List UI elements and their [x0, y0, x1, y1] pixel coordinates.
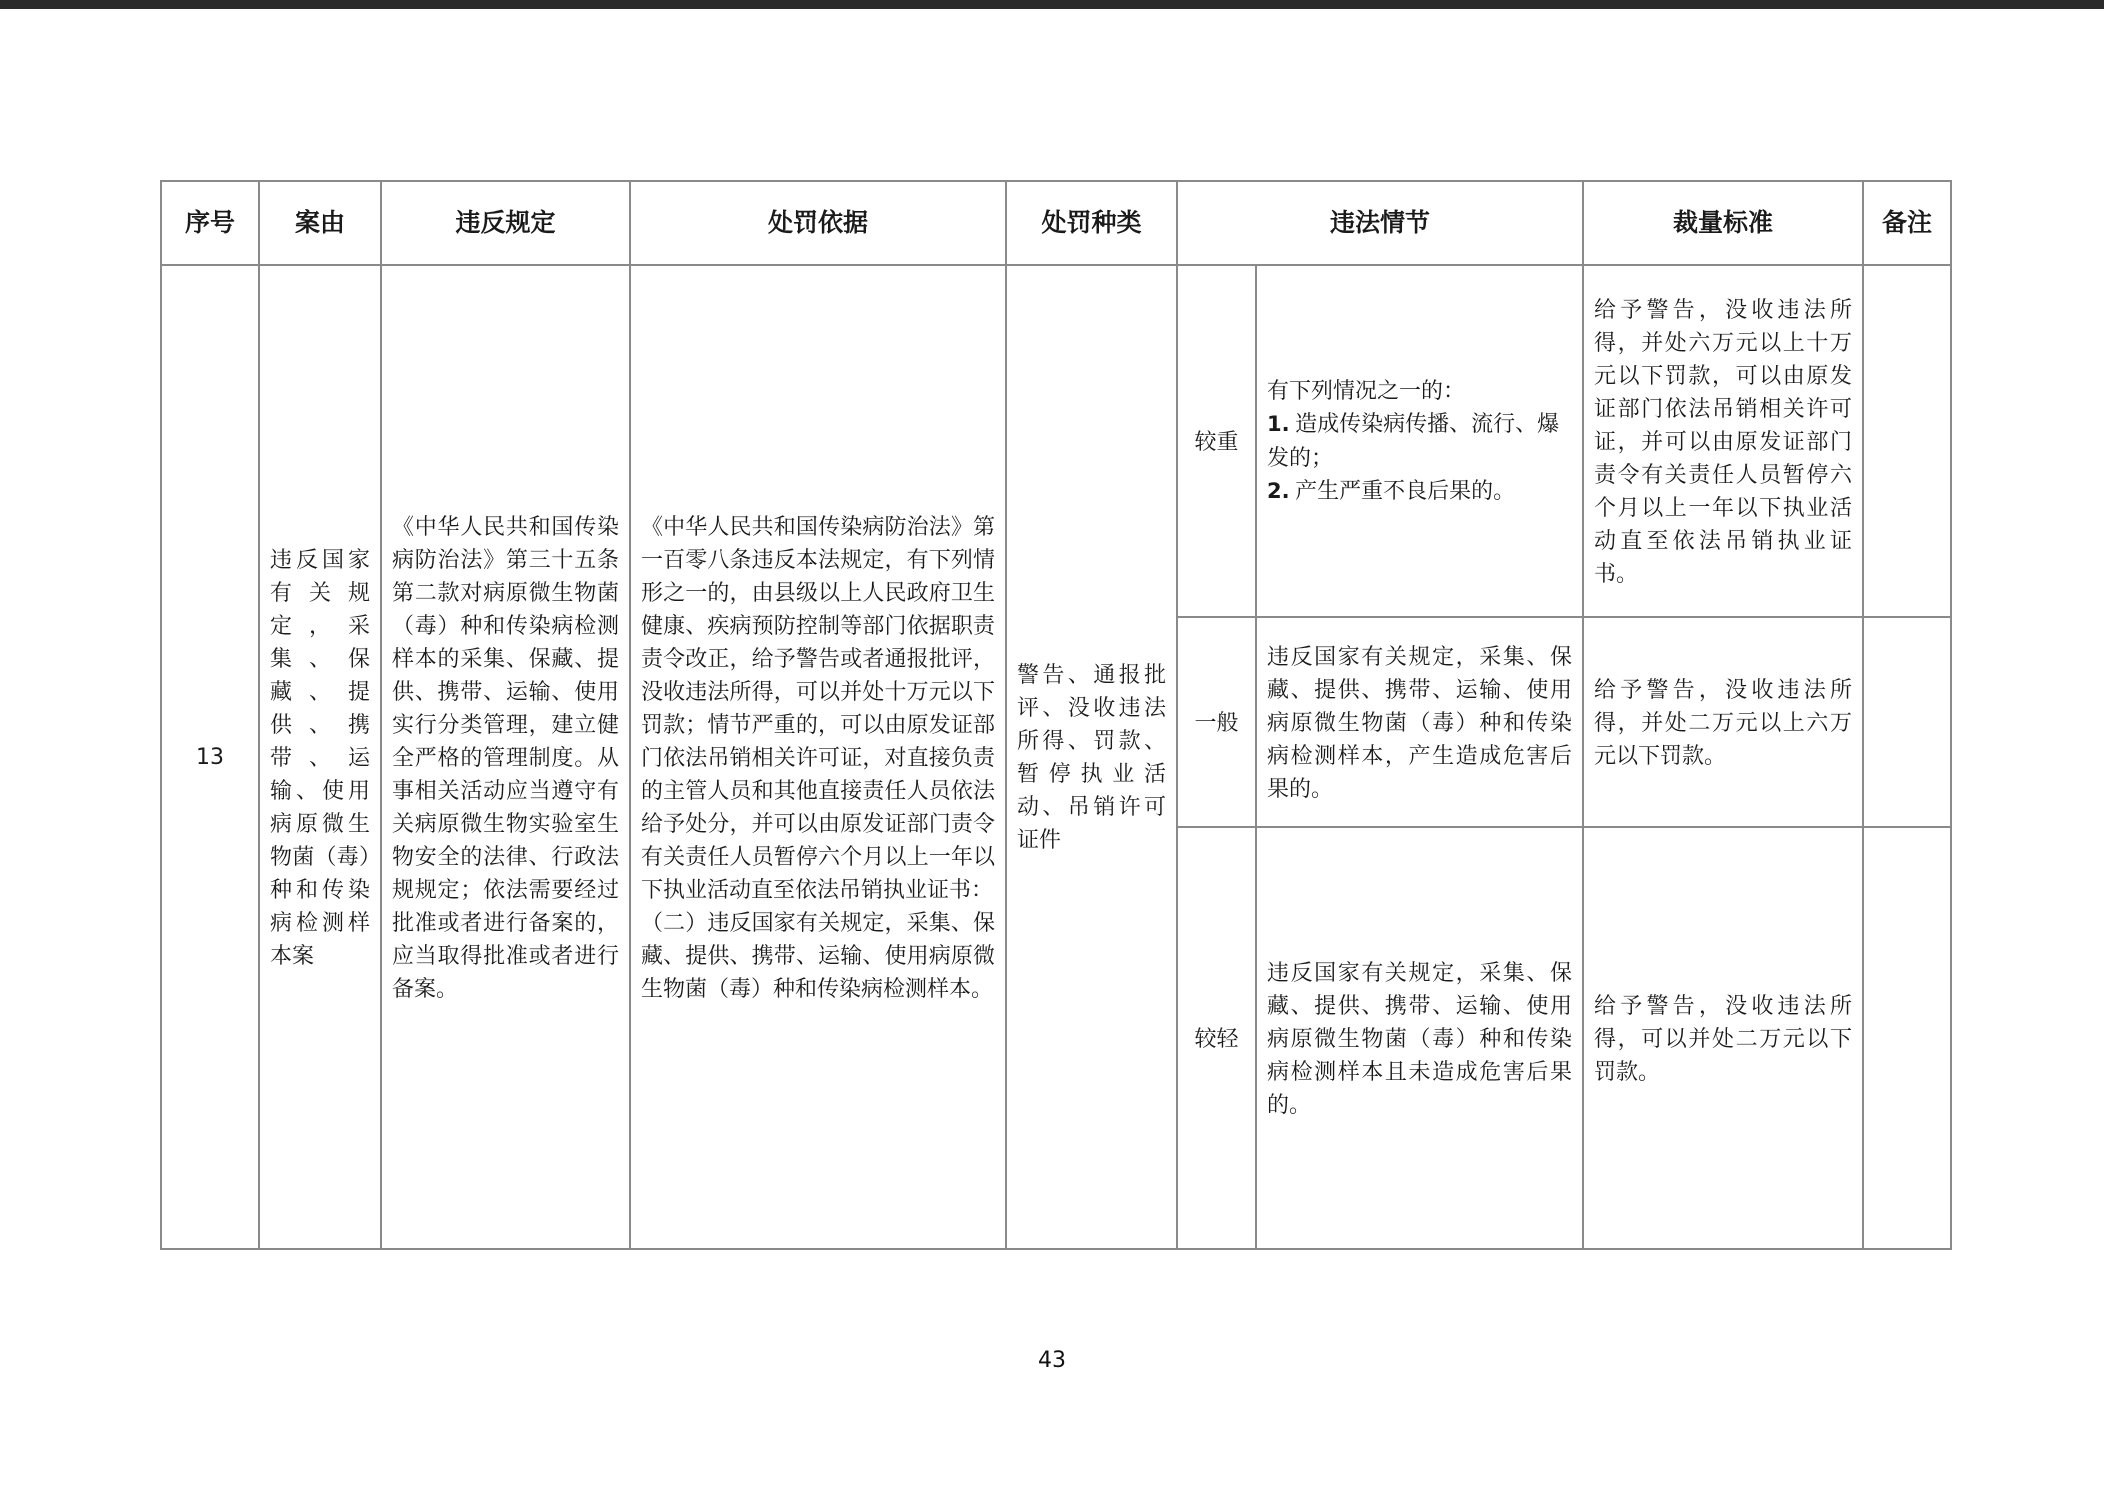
penalty-type-cell: 警告、通报批评、没收违法所得、罚款、暂停执业活动、吊销许可证件 [1006, 265, 1177, 1249]
serial-number-cell: 13 [161, 265, 259, 1249]
item-text: 产生严重不良后果的。 [1295, 478, 1515, 503]
document-page: { "page": { "number": "43" }, "table": {… [0, 0, 2104, 1488]
discretion-standard-cell: 给予警告，没收违法所得，并处二万元以上六万元以下罚款。 [1583, 617, 1863, 827]
penalty-basis-cell: 《中华人民共和国传染病防治法》第一百零八条违反本法规定，有下列情形之一的，由县级… [630, 265, 1006, 1249]
header-violated-regulation: 违反规定 [381, 181, 630, 265]
header-penalty-basis: 处罚依据 [630, 181, 1006, 265]
circumstance-cell: 违反国家有关规定，采集、保藏、提供、携带、运输、使用病原微生物菌（毒）种和传染病… [1256, 827, 1583, 1249]
item-number: 1. [1267, 412, 1290, 436]
violated-regulation-cell: 《中华人民共和国传染病防治法》第三十五条第二款对病原微生物菌（毒）种和传染病检测… [381, 265, 630, 1249]
window-top-edge [0, 0, 2104, 9]
circumstance-item-1: 1. 造成传染病传播、流行、爆发的； [1267, 407, 1572, 474]
case-cause-cell: 违反国家有关规定，采集、保藏、提供、携带、运输、使用病原微生物菌（毒）种和传染病… [259, 265, 381, 1249]
header-serial-number: 序号 [161, 181, 259, 265]
discretion-standard-cell: 给予警告，没收违法所得，并处六万元以上十万元以下罚款，可以由原发证部门依法吊销相… [1583, 265, 1863, 617]
penalty-discretion-table: 序号 案由 违反规定 处罚依据 处罚种类 违法情节 裁量标准 备注 13 违反国… [160, 180, 1952, 1250]
penalty-basis-paragraph-2: （二）违反国家有关规定，采集、保藏、提供、携带、运输、使用病原微生物菌（毒）种和… [641, 906, 995, 1005]
header-discretion-standard: 裁量标准 [1583, 181, 1863, 265]
header-case-cause: 案由 [259, 181, 381, 265]
circumstance-intro: 有下列情况之一的： [1267, 374, 1572, 407]
severity-label-cell: 一般 [1177, 617, 1256, 827]
remark-cell [1863, 827, 1951, 1249]
circumstance-cell: 有下列情况之一的： 1. 造成传染病传播、流行、爆发的； 2. 产生严重不良后果… [1256, 265, 1583, 617]
table-header-row: 序号 案由 违反规定 处罚依据 处罚种类 违法情节 裁量标准 备注 [161, 181, 1951, 265]
penalty-basis-paragraph-1: 《中华人民共和国传染病防治法》第一百零八条违反本法规定，有下列情形之一的，由县级… [641, 510, 995, 906]
severity-row-heavier: 13 违反国家有关规定，采集、保藏、提供、携带、运输、使用病原微生物菌（毒）种和… [161, 265, 1951, 617]
item-text: 造成传染病传播、流行、爆发的； [1267, 411, 1559, 470]
severity-label-cell: 较轻 [1177, 827, 1256, 1249]
remark-cell [1863, 265, 1951, 617]
item-number: 2. [1267, 479, 1290, 503]
discretion-standard-cell: 给予警告，没收违法所得，可以并处二万元以下罚款。 [1583, 827, 1863, 1249]
severity-label-cell: 较重 [1177, 265, 1256, 617]
header-penalty-type: 处罚种类 [1006, 181, 1177, 265]
header-remarks: 备注 [1863, 181, 1951, 265]
circumstance-item-2: 2. 产生严重不良后果的。 [1267, 474, 1572, 508]
circumstance-cell: 违反国家有关规定，采集、保藏、提供、携带、运输、使用病原微生物菌（毒）种和传染病… [1256, 617, 1583, 827]
header-violation-circumstances: 违法情节 [1177, 181, 1583, 265]
page-number: 43 [0, 1348, 2104, 1373]
remark-cell [1863, 617, 1951, 827]
